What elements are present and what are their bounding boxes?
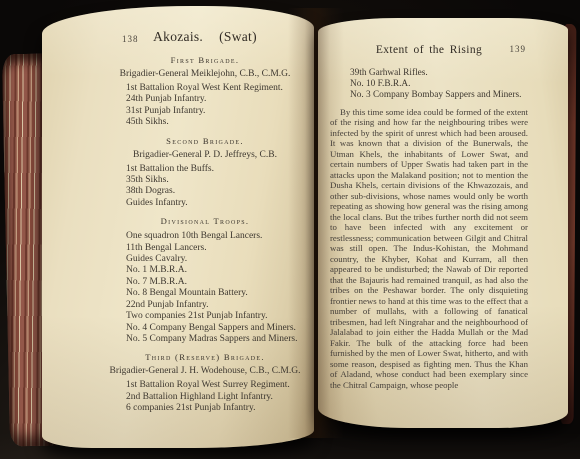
title-main: Akozais. [153, 29, 203, 44]
unit-line: Guides Infantry. [126, 198, 310, 209]
section-heading-third-reserve-brigade: Third (Reserve) Brigade. [100, 352, 310, 362]
unit-line: 1st Battalion Royal West Surrey Regiment… [126, 380, 310, 391]
section-heading-second-brigade: Second Brigade. [100, 136, 310, 146]
unit-line: No. 3 Company Bombay Sappers and Miners. [350, 90, 528, 101]
unit-line: No. 4 Company Bengal Sappers and Miners. [126, 323, 310, 334]
left-page-title: Akozais.(Swat) [153, 29, 257, 44]
unit-line: 22nd Punjab Infantry. [126, 300, 310, 311]
running-head: Extent of the Rising [376, 44, 482, 56]
unit-line: 6 companies 21st Punjab Infantry. [126, 403, 310, 414]
book-photo: 138 Akozais.(Swat) First Brigade. Brigad… [0, 0, 580, 459]
unit-line: Two companies 21st Punjab Infantry. [126, 311, 310, 322]
right-page-header: Extent of the Rising 139 [330, 40, 528, 56]
unit-line: 1st Battalion Royal West Kent Regiment. [126, 83, 310, 94]
unit-line: No. 10 F.B.R.A. [350, 79, 528, 90]
unit-line: No. 7 M.B.R.A. [126, 277, 310, 288]
unit-list-continued: 39th Garhwal Rifles. No. 10 F.B.R.A. No.… [330, 68, 528, 102]
unit-line: 31st Punjab Infantry. [126, 106, 310, 117]
right-page-text: Extent of the Rising 139 39th Garhwal Ri… [330, 40, 528, 390]
unit-line: One squadron 10th Bengal Lancers. [126, 231, 310, 242]
title-paren: (Swat) [219, 29, 257, 44]
unit-line: 45th Sikhs. [126, 117, 310, 128]
unit-line: 38th Dogras. [126, 186, 310, 197]
unit-line: No. 1 M.B.R.A. [126, 265, 310, 276]
unit-line: Guides Cavalry. [126, 254, 310, 265]
unit-line: No. 8 Bengal Mountain Battery. [126, 288, 310, 299]
unit-line: 35th Sikhs. [126, 175, 310, 186]
unit-list-third-reserve-brigade: 1st Battalion Royal West Surrey Regiment… [100, 378, 310, 414]
page-number-left: 138 [122, 34, 139, 44]
unit-line: 11th Bengal Lancers. [126, 243, 310, 254]
unit-line: 1st Battalion the Buffs. [126, 164, 310, 175]
commander-line: Brigadier-General Meiklejohn, C.B., C.M.… [100, 68, 310, 80]
unit-line: 39th Garhwal Rifles. [350, 68, 528, 79]
commander-line: Brigadier-General P. D. Jeffreys, C.B. [100, 149, 310, 161]
unit-line: 24th Punjab Infantry. [126, 94, 310, 105]
left-page-header: 138 Akozais.(Swat) [100, 28, 310, 48]
unit-line: 2nd Battalion Highland Light Infantry. [126, 392, 310, 403]
left-page-text: 138 Akozais.(Swat) First Brigade. Brigad… [100, 28, 310, 415]
unit-list-first-brigade: 1st Battalion Royal West Kent Regiment. … [100, 81, 310, 129]
unit-line: No. 5 Company Madras Sappers and Miners. [126, 334, 310, 345]
section-heading-first-brigade: First Brigade. [100, 55, 310, 65]
unit-list-divisional-troops: One squadron 10th Bengal Lancers. 11th B… [100, 229, 310, 345]
section-heading-divisional-troops: Divisional Troops. [100, 216, 310, 226]
commander-line: Brigadier-General J. H. Wodehouse, C.B.,… [100, 365, 310, 377]
page-number-right: 139 [510, 44, 527, 54]
unit-list-second-brigade: 1st Battalion the Buffs. 35th Sikhs. 38t… [100, 162, 310, 210]
body-paragraph: By this time some idea could be formed o… [330, 107, 528, 391]
